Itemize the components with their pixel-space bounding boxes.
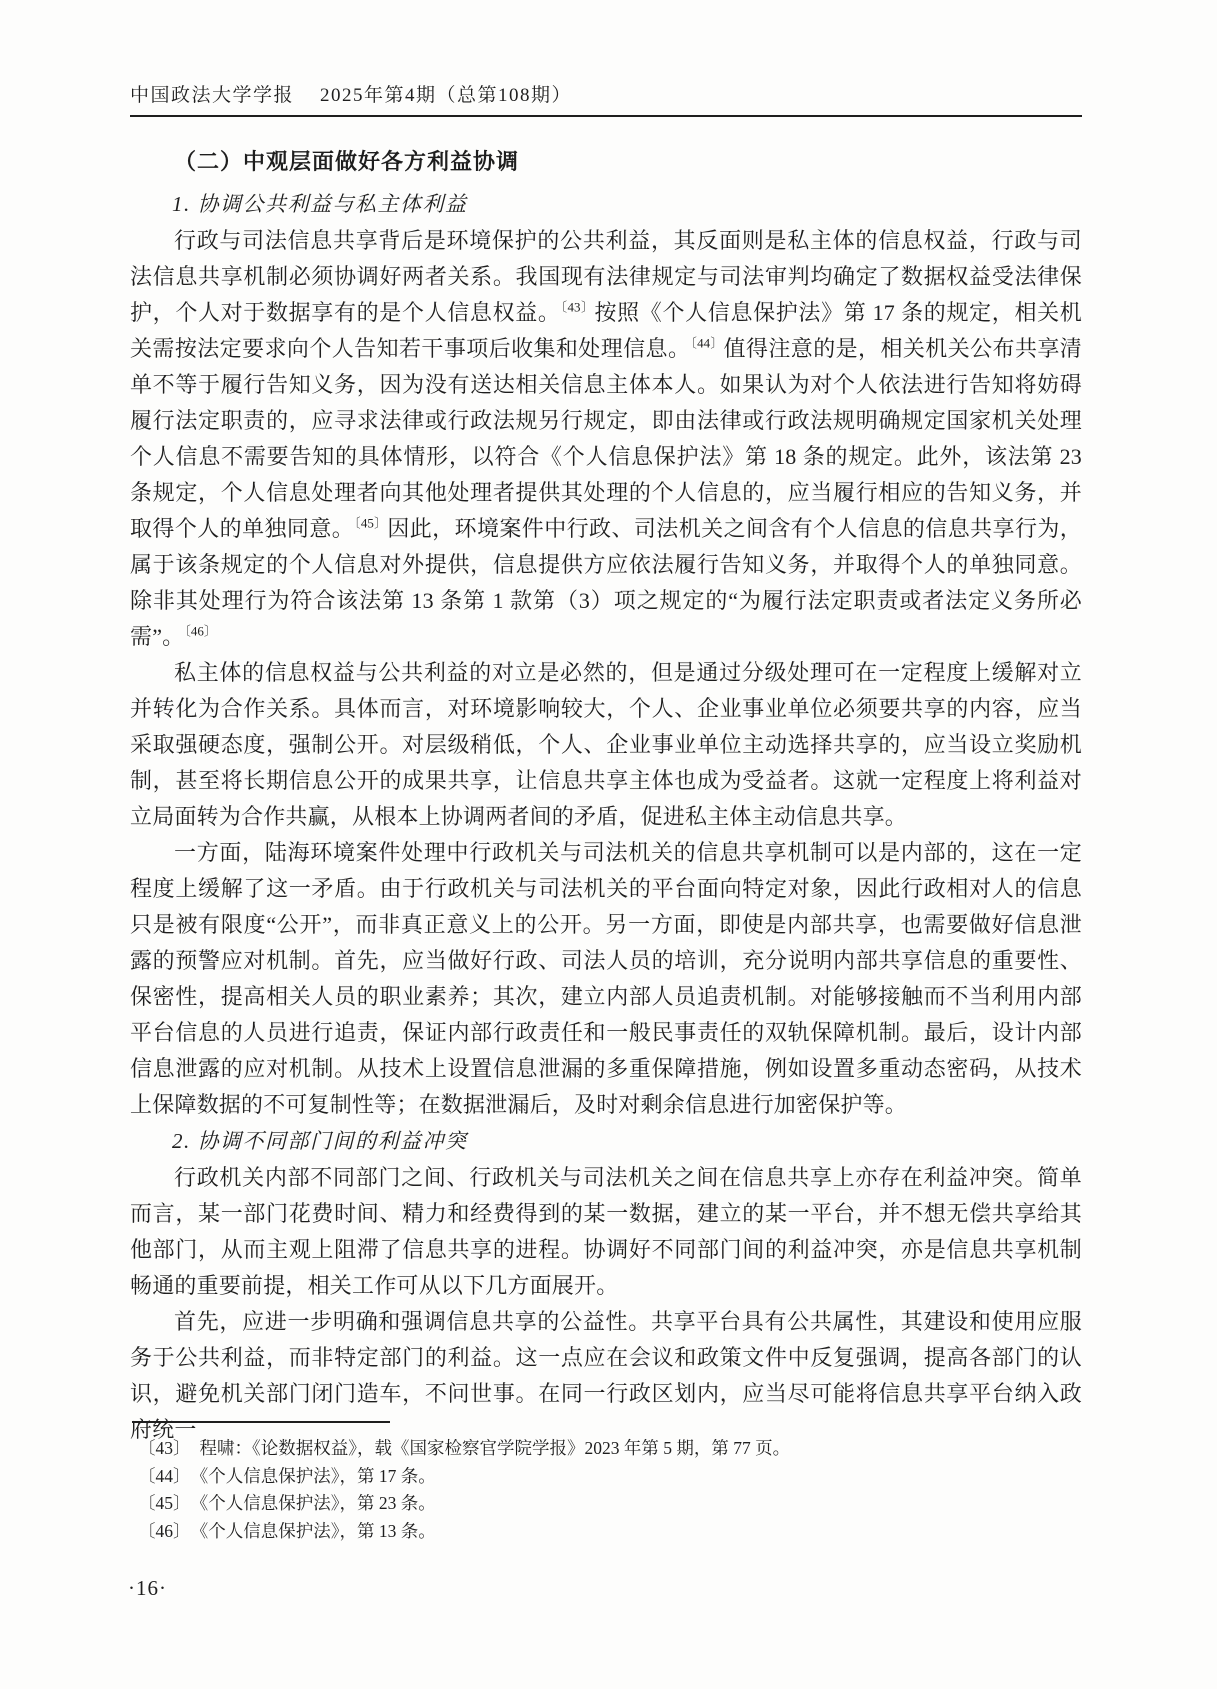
page-header: 中国政法大学学报2025年第4期（总第108期）	[130, 80, 1082, 107]
footnote-marker: 〔43〕	[561, 300, 595, 315]
journal-issue: 2025年第4期（总第108期）	[320, 85, 572, 106]
footnote-marker: 〔44〕	[690, 336, 723, 351]
body-paragraph: 一方面，陆海环境案件处理中行政机关与司法机关的信息共享机制可以是内部的，这在一定…	[130, 835, 1082, 1123]
footnote-number: 〔43〕	[138, 1438, 191, 1458]
journal-title: 中国政法大学学报	[130, 85, 294, 106]
footnote-list: 〔43〕程啸：《论数据权益》，载《国家检察官学院学报》2023 年第 5 期，第…	[132, 1435, 1084, 1545]
header-divider	[130, 115, 1082, 117]
body-paragraph: 行政机关内部不同部门之间、行政机关与司法机关之间在信息共享上亦存在利益冲突。简单…	[130, 1160, 1082, 1304]
article-body: （二）中观层面做好各方利益协调1. 协调公共利益与私主体利益行政与司法信息共享背…	[130, 136, 1082, 1448]
footnote-number: 〔45〕	[138, 1493, 191, 1513]
footnote-item: 〔44〕《个人信息保护法》，第 17 条。	[132, 1463, 1084, 1491]
page-number: ·16·	[128, 1576, 167, 1601]
footnote-marker: 〔45〕	[354, 516, 387, 531]
body-paragraph: 行政与司法信息共享背后是环境保护的公共利益，其反面则是私主体的信息权益，行政与司…	[130, 223, 1082, 655]
footnote-item: 〔43〕程啸：《论数据权益》，载《国家检察官学院学报》2023 年第 5 期，第…	[132, 1435, 1084, 1463]
footnote-text: 《个人信息保护法》，第 13 条。	[200, 1521, 436, 1541]
footnote-text: 《个人信息保护法》，第 23 条。	[200, 1493, 436, 1513]
body-paragraph: 私主体的信息权益与公共利益的对立是必然的，但是通过分级处理可在一定程度上缓解对立…	[130, 655, 1082, 835]
footnote-marker: 〔46〕	[184, 624, 217, 639]
footnote-divider	[132, 1421, 390, 1423]
footnote-item: 〔46〕《个人信息保护法》，第 13 条。	[132, 1518, 1084, 1546]
document-page: 中国政法大学学报2025年第4期（总第108期） （二）中观层面做好各方利益协调…	[0, 0, 1217, 1689]
section-heading: （二）中观层面做好各方利益协调	[130, 142, 1082, 182]
subsection-heading: 1. 协调公共利益与私主体利益	[130, 186, 1082, 223]
footnote-number: 〔44〕	[138, 1466, 191, 1486]
footnote-section: 〔43〕程啸：《论数据权益》，载《国家检察官学院学报》2023 年第 5 期，第…	[132, 1421, 1084, 1545]
footnote-text: 《个人信息保护法》，第 17 条。	[200, 1466, 436, 1486]
footnote-number: 〔46〕	[138, 1521, 191, 1541]
footnote-text: 程啸：《论数据权益》，载《国家检察官学院学报》2023 年第 5 期，第 77 …	[200, 1438, 791, 1458]
footnote-item: 〔45〕《个人信息保护法》，第 23 条。	[132, 1490, 1084, 1518]
subsection-heading: 2. 协调不同部门间的利益冲突	[130, 1123, 1082, 1160]
